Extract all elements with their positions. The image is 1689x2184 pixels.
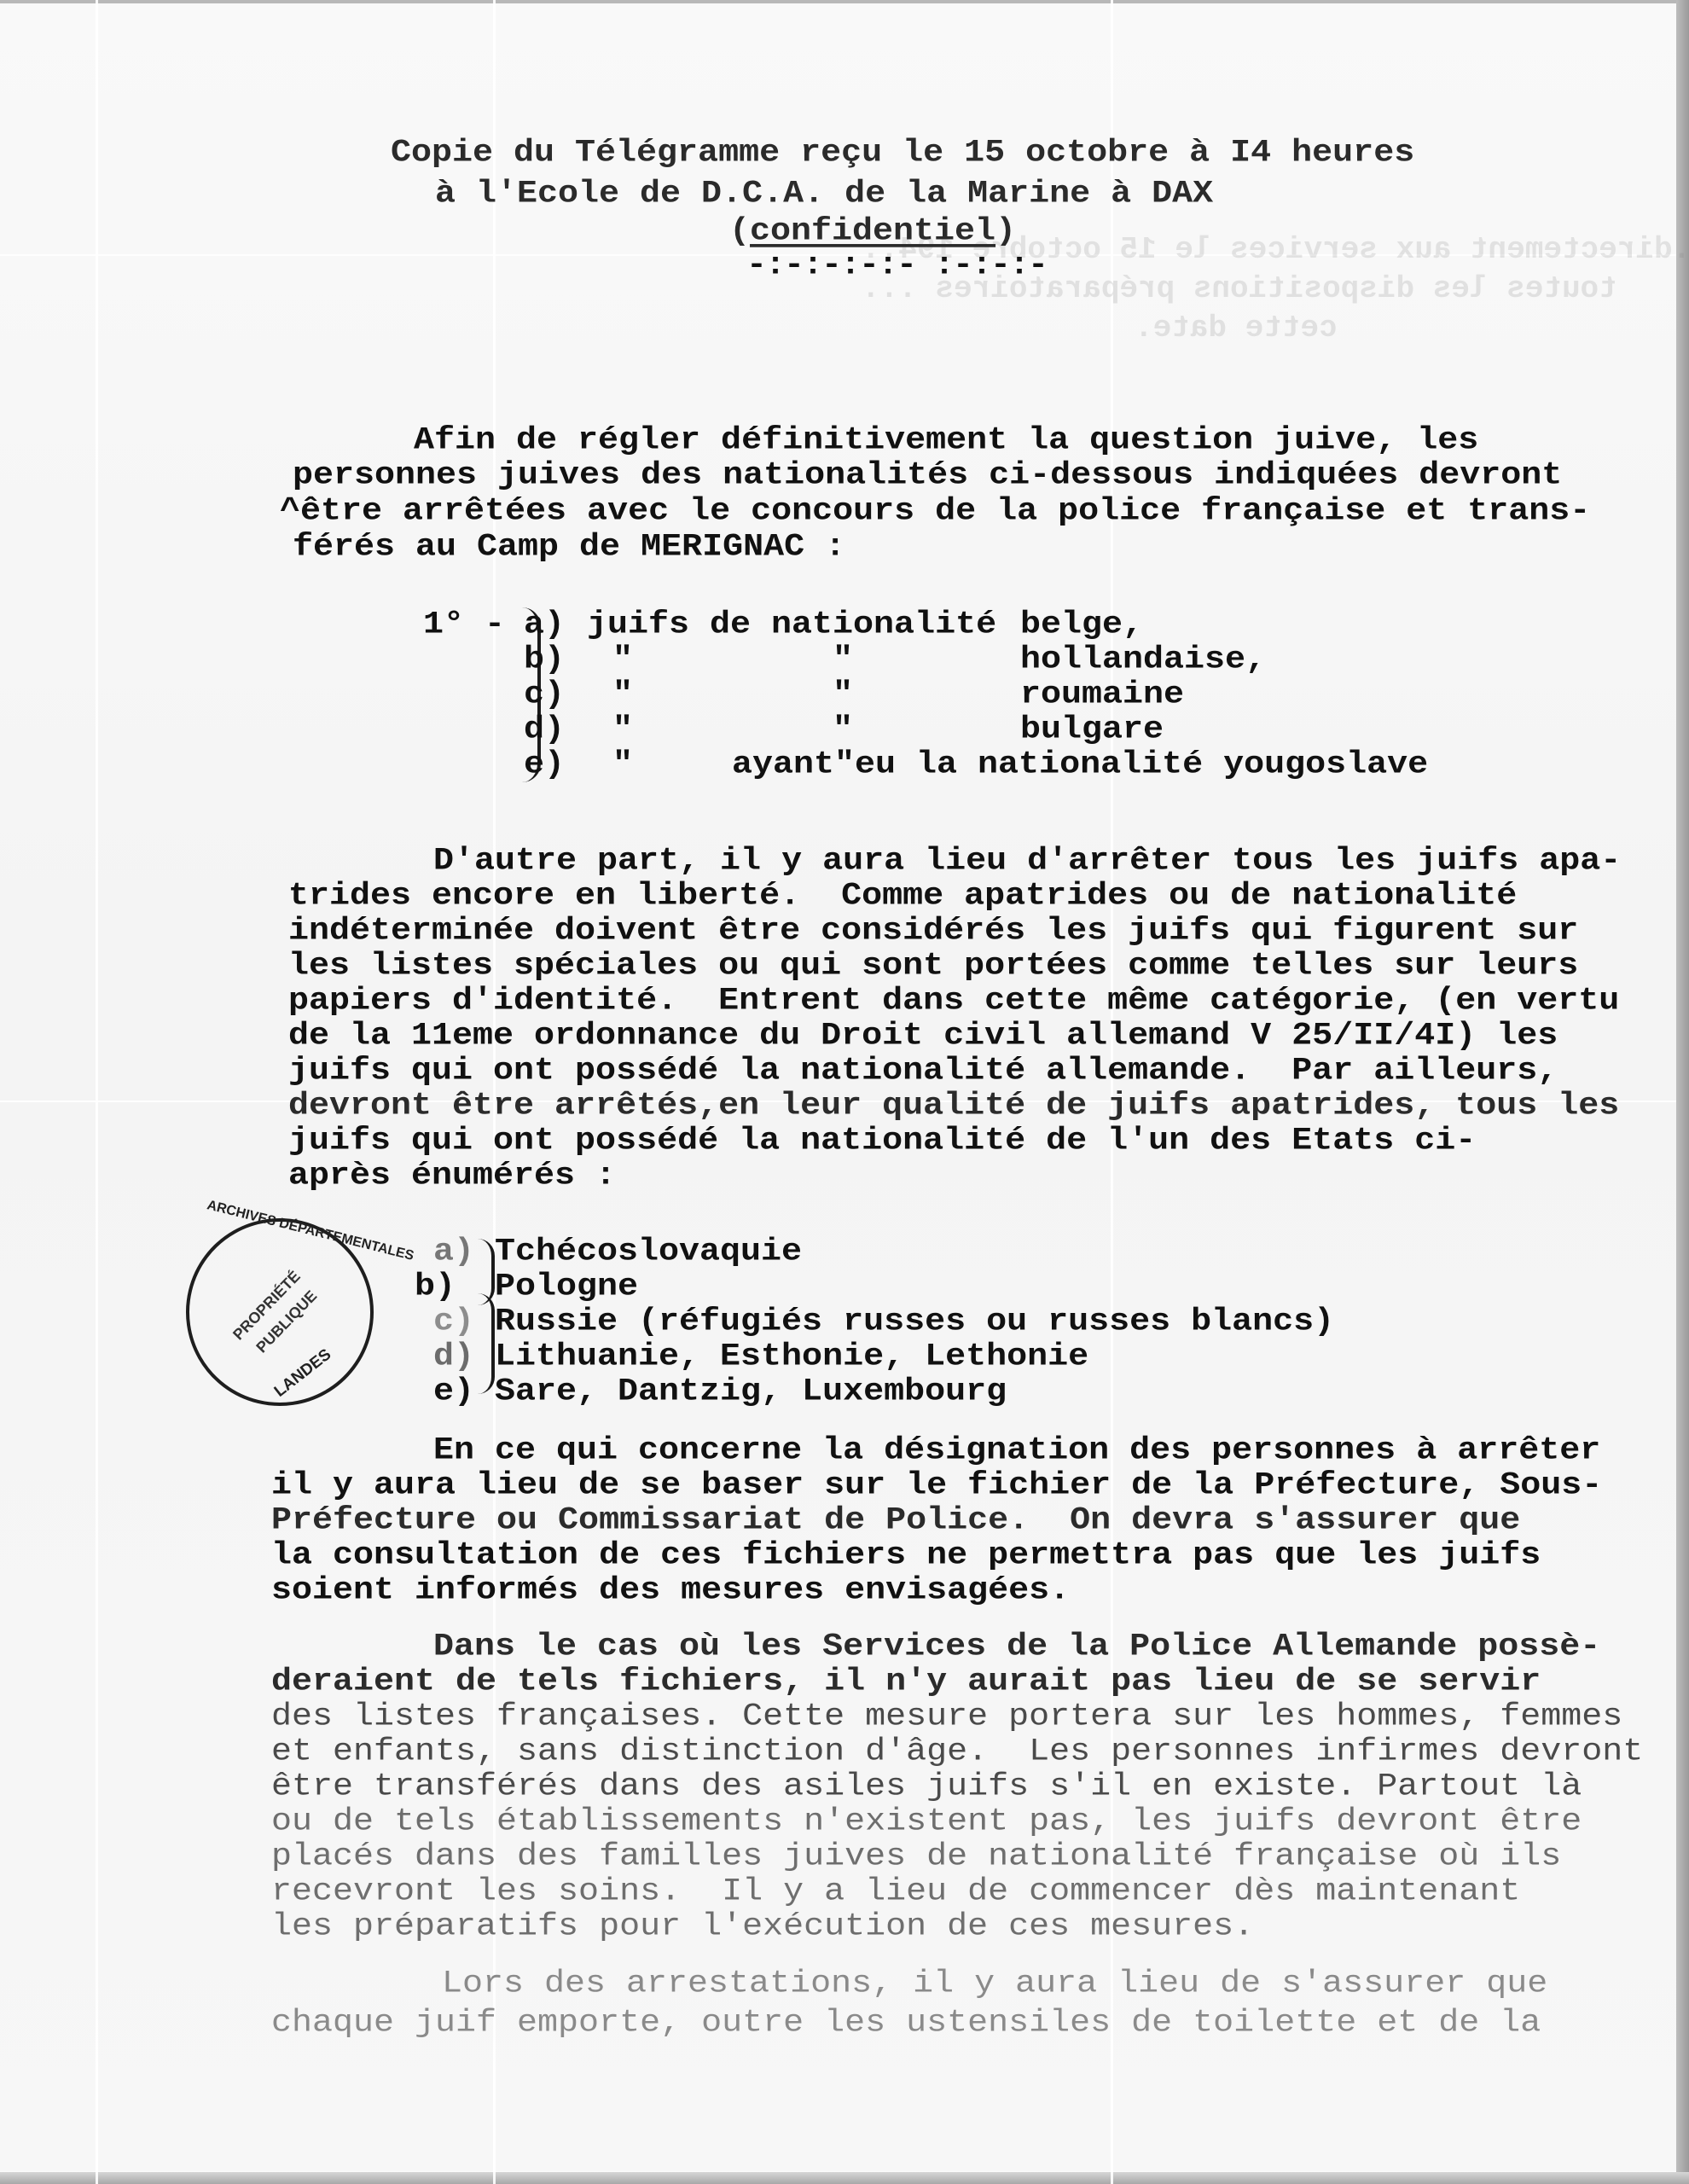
confidential-label: confidentiel [750, 214, 995, 249]
list-prefix: 1° - [423, 608, 505, 642]
text-line: chaque juif emporte, outre les ustensile… [271, 2007, 1541, 2041]
header-line-1: Copie du Télégramme reçu le 15 octobre à… [391, 136, 1414, 171]
bleed-through-line: cette date. [1135, 311, 1338, 346]
list-item-label: a) [433, 1235, 474, 1269]
fold-line [96, 0, 98, 2184]
header-separator: -:-:-:-:- :-:-:- [746, 249, 1047, 283]
list-item-text: juifs de nationalité [587, 608, 996, 642]
list-item-text: ayant"eu la nationalité yougoslave [732, 748, 1428, 782]
text-line: juifs qui ont possédé la nationalité all… [288, 1054, 1558, 1089]
stamp-ring-bottom: LANDES [271, 1345, 335, 1401]
text-line: ou de tels établissements n'existent pas… [271, 1805, 1582, 1839]
list-item-text: Pologne [495, 1270, 638, 1304]
list-item-label: e) [433, 1375, 474, 1409]
list-item-label: d) [433, 1340, 474, 1374]
text-line: En ce qui concerne la désignation des pe… [433, 1434, 1600, 1468]
text-line: recevront les soins. Il y a lieu de comm… [271, 1875, 1520, 1909]
list-item-text: Lithuanie, Esthonie, Lethonie [495, 1340, 1088, 1374]
list-item-label: b) [415, 1270, 456, 1304]
list-item-text: Tchécoslovaquie [495, 1235, 802, 1269]
text-line: D'autre part, il y aura lieu d'arrêter t… [433, 845, 1621, 879]
list-item-label: c) [524, 678, 565, 712]
ditto-mark: " [612, 748, 633, 782]
list-item-text: Russie (réfugiés russes ou russes blancs… [495, 1305, 1334, 1339]
text-line: Lors des arrestations, il y aura lieu de… [442, 1967, 1547, 2001]
text-line: férés au Camp de MERIGNAC : [293, 531, 845, 565]
text-line: personnes juives des nationalités ci-des… [293, 459, 1562, 493]
list-item-text: Sare, Dantzig, Luxembourg [495, 1375, 1007, 1409]
text-line: la consultation de ces fichiers ne perme… [271, 1539, 1541, 1573]
list-item-nationality: hollandaise, [1020, 643, 1266, 677]
text-line: placés dans des familles juives de natio… [271, 1840, 1561, 1874]
text-line: les listes spéciales ou qui sont portées… [288, 950, 1578, 984]
list-item-label: b) [524, 643, 565, 677]
text-line: il y aura lieu de se baser sur le fichie… [271, 1469, 1602, 1503]
text-line: deraient de tels fichiers, il n'y aurait… [271, 1665, 1541, 1699]
scan-edge-right [1676, 0, 1689, 2184]
ditto-mark: " [612, 643, 633, 677]
list-item-label: a) [524, 608, 565, 642]
text-line: et enfants, sans distinction d'âge. Les … [271, 1735, 1643, 1769]
text-line: de la 11eme ordonnance du Droit civil al… [288, 1019, 1558, 1054]
scan-edge-top [0, 0, 1689, 3]
list-brace [478, 1293, 495, 1394]
text-line: devront être arrêtés,en leur qualité de … [288, 1089, 1619, 1124]
list-item-label: d) [524, 713, 565, 747]
ditto-mark: " [833, 643, 853, 677]
text-line: après énumérés : [288, 1159, 616, 1194]
text-line: être transférés dans des asiles juifs s'… [271, 1770, 1582, 1804]
text-line: les préparatifs pour l'exécution de ces … [271, 1910, 1254, 1944]
text-line: ^être arrêtées avec le concours de la po… [280, 495, 1590, 529]
paren-close: ) [995, 214, 1016, 249]
text-line: Préfecture ou Commissariat de Police. On… [271, 1504, 1520, 1538]
paren-open: ( [729, 214, 750, 249]
text-line: papiers d'identité. Entrent dans cette m… [288, 985, 1619, 1019]
list-item-nationality: bulgare [1020, 713, 1164, 747]
text-line: Dans le cas où les Services de la Police… [433, 1630, 1600, 1664]
text-line: trides encore en liberté. Comme apatride… [288, 880, 1517, 914]
text-line: Afin de régler définitivement la questio… [414, 424, 1478, 458]
ditto-mark: " [612, 713, 633, 747]
text-line: indéterminée doivent être considérés les… [288, 915, 1578, 949]
ditto-mark: " [833, 678, 853, 712]
list-item-nationality: belge, [1020, 608, 1143, 642]
text-line: juifs qui ont possédé la nationalité de … [288, 1124, 1476, 1159]
header-line-2: à l'Ecole de D.C.A. de la Marine à DAX [435, 177, 1213, 212]
scan-edge-bottom [0, 2172, 1689, 2184]
header-classification: (confidentiel) [729, 215, 1016, 249]
text-line: des listes françaises. Cette mesure port… [271, 1700, 1622, 1734]
list-item-nationality: roumaine [1020, 678, 1184, 712]
list-item-label: e) [524, 748, 565, 782]
ditto-mark: " [833, 713, 853, 747]
list-item-label: c) [433, 1305, 474, 1339]
text-line: soient informés des mesures envisagées. [271, 1574, 1070, 1608]
ditto-mark: " [612, 678, 633, 712]
